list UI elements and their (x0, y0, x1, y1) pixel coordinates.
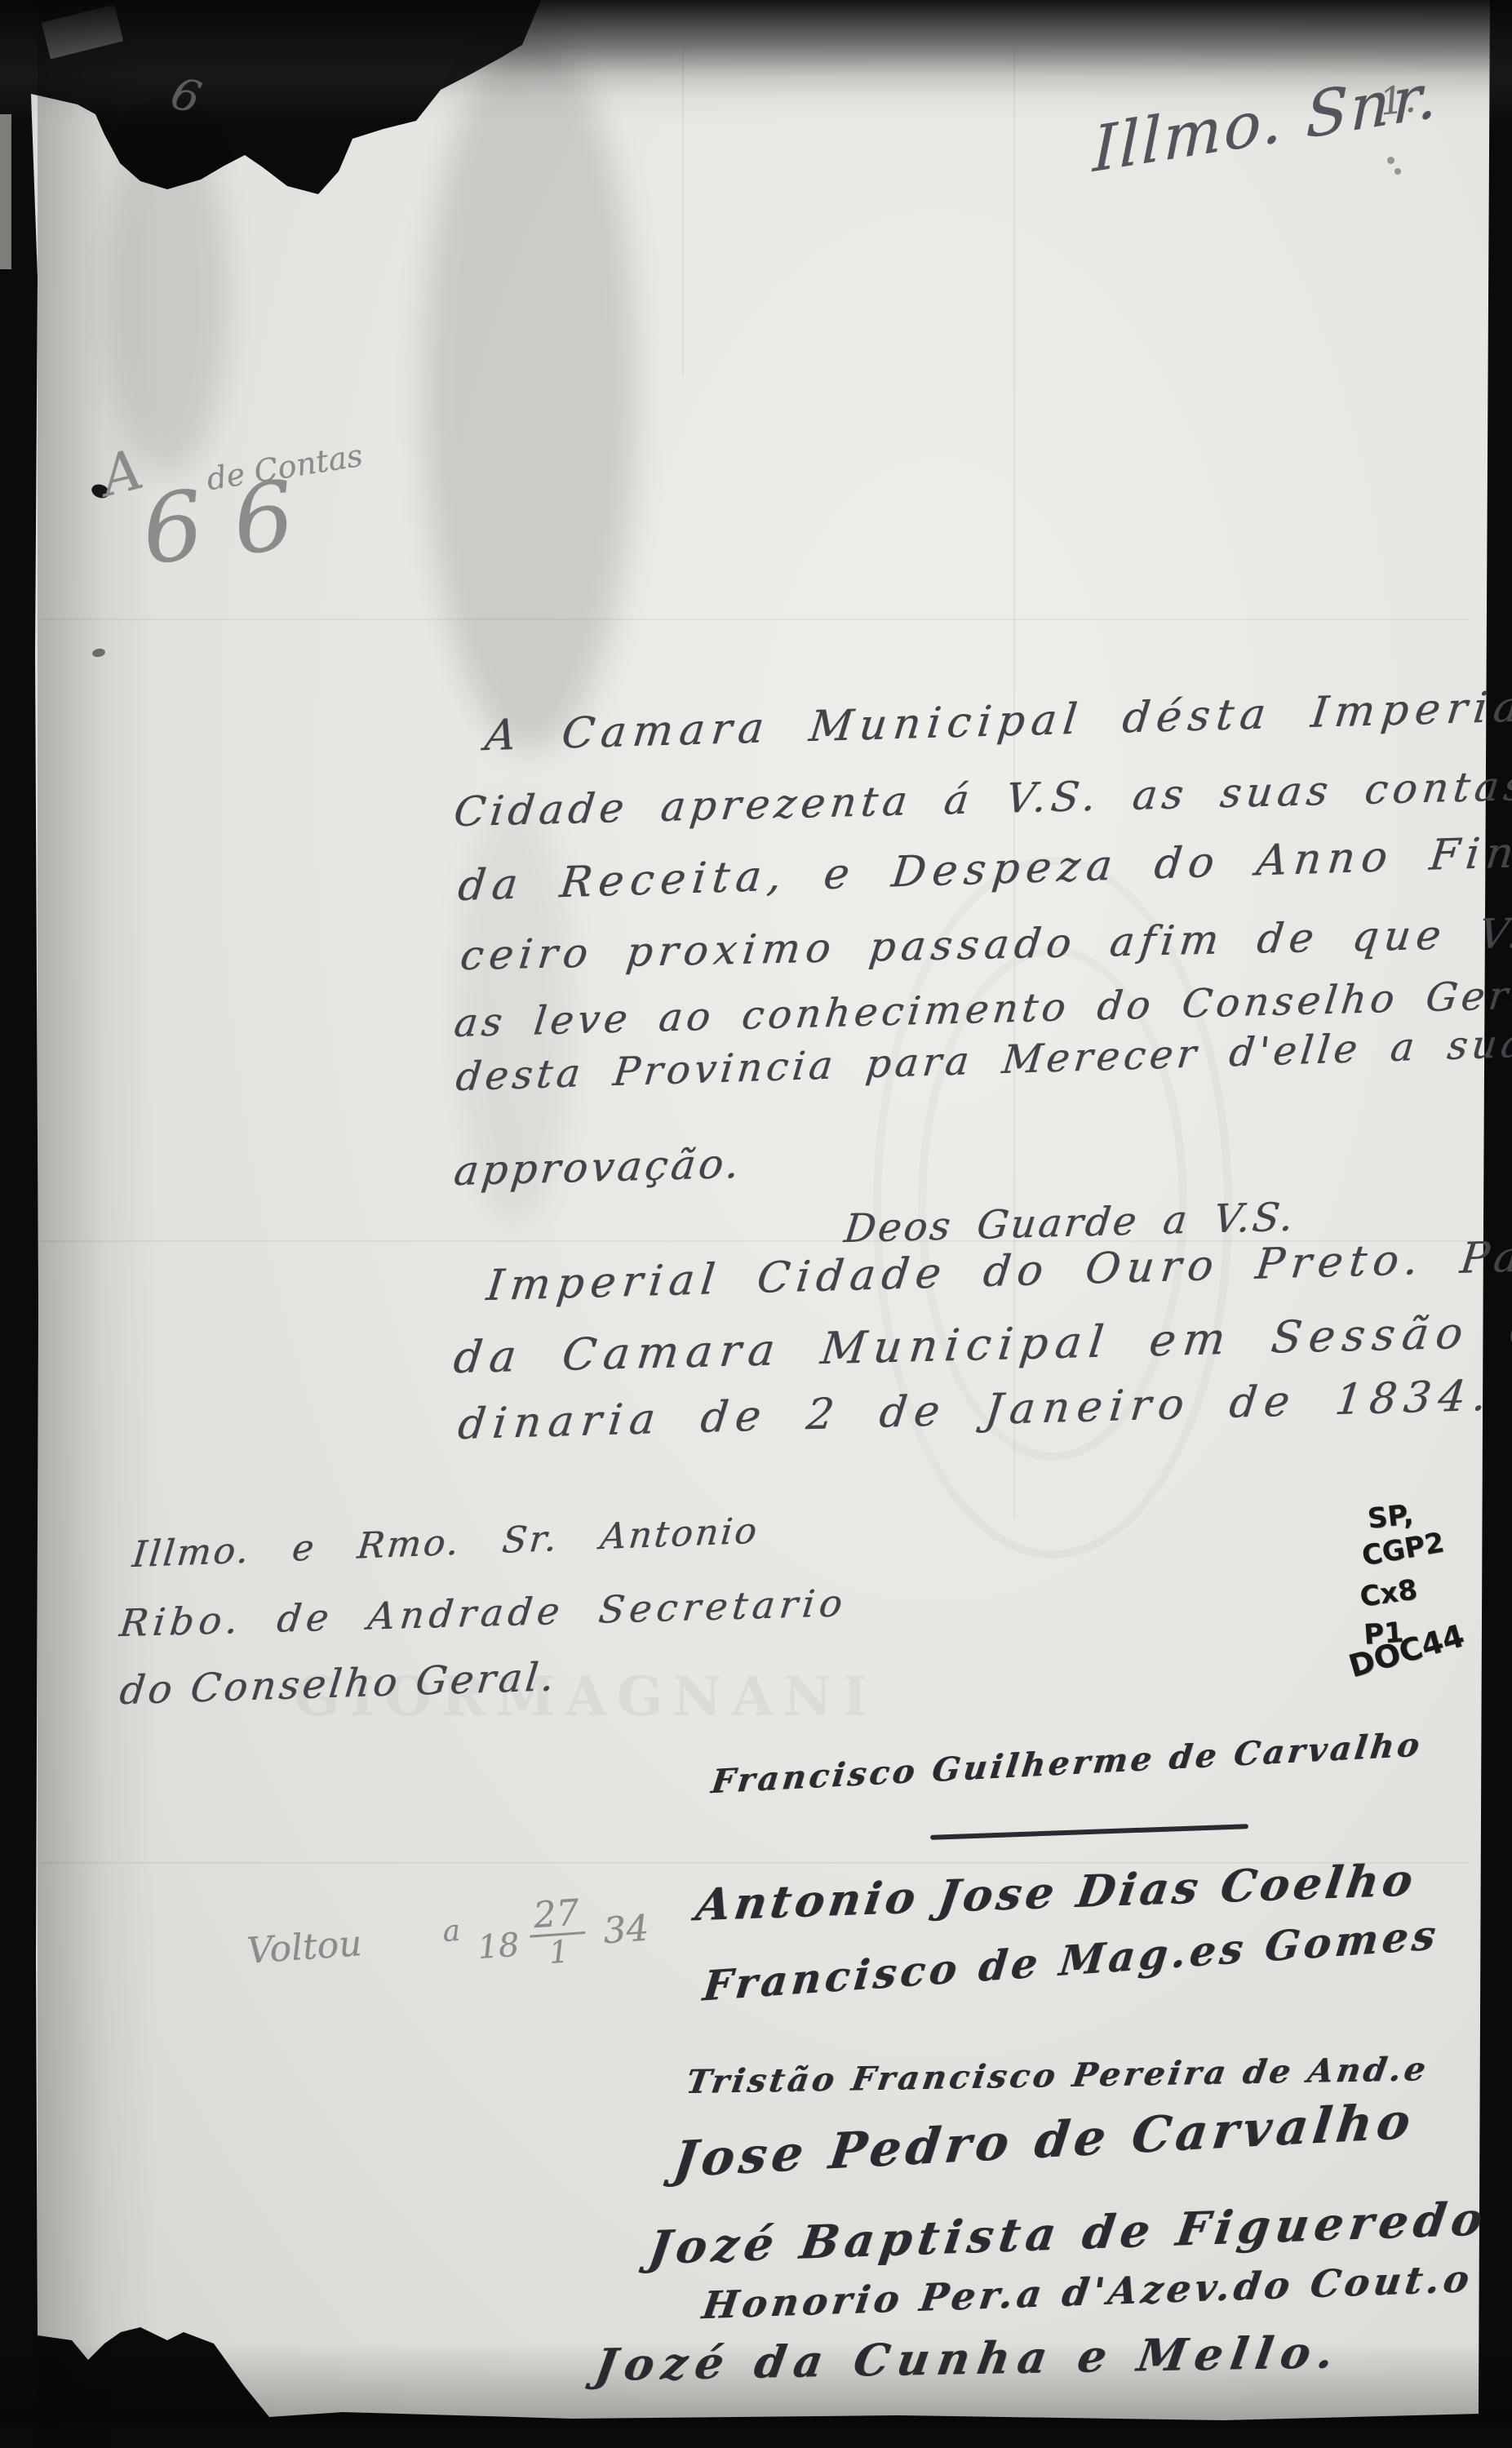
return-note-year-prefix: 18 (477, 1927, 521, 1967)
archive-code-line: SP, (1366, 1498, 1415, 1536)
fold-crease (682, 49, 684, 375)
fold-crease (41, 619, 1469, 620)
return-note-day-month: 27 1 (527, 1896, 588, 1968)
pencil-dot (1387, 157, 1394, 164)
scanned-manuscript-page: GIORMAGNANI 1. 6 A de Contas 66 Illmo. S… (0, 0, 1512, 2448)
return-note-a: a (441, 1914, 461, 1949)
body-line: approvação. (451, 1140, 744, 1195)
pencil-dot (1394, 168, 1401, 175)
return-note-year-suffix: 34 (602, 1908, 650, 1953)
paper-smudge (106, 122, 228, 473)
return-note-word: Voltou (246, 1922, 363, 1972)
return-note-month: 1 (530, 1934, 588, 1969)
paper-smudge (424, 33, 636, 751)
corner-pencil-mark: 6 (166, 67, 206, 124)
torn-paper-fragment (0, 114, 11, 269)
classification-number: 66 (137, 458, 330, 587)
torn-paper-fragment (42, 5, 123, 60)
return-note-day: 27 (527, 1896, 585, 1937)
